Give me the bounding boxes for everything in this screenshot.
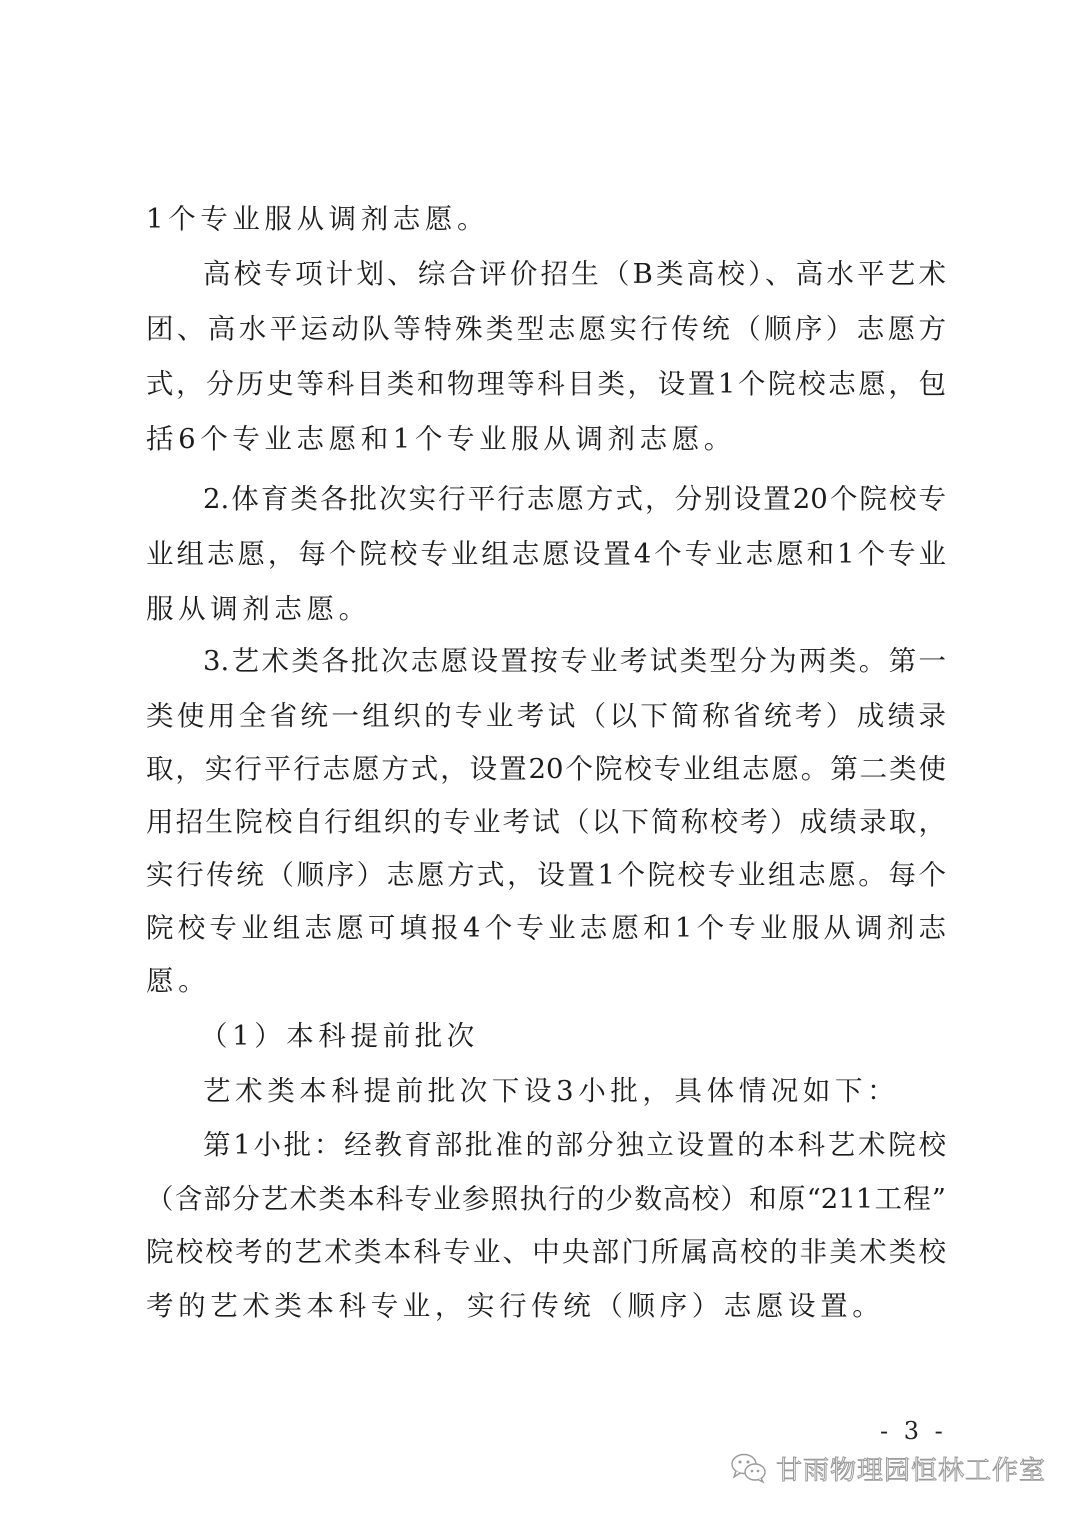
text-line: 类使用全省统一组织的专业考试（以下简称省统考）成绩录	[146, 696, 946, 736]
text-line: 取，实行平行志愿方式，设置20个院校专业组志愿。第二类使	[146, 749, 946, 789]
text-line: 式，分历史等科目类和物理等科目类，设置1个院校志愿，包	[146, 364, 946, 404]
document-page: 1个专业服从调剂志愿。 高校专项计划、综合评价招生（B类高校）、高水平艺术 团、…	[0, 0, 1080, 1527]
page-number: - 3 -	[880, 1416, 947, 1446]
text-line: 实行传统（顺序）志愿方式，设置1个院校专业组志愿。每个	[146, 855, 946, 895]
wechat-icon	[730, 1452, 768, 1484]
text-line: 3.艺术类各批次志愿设置按专业考试类型分为两类。第一	[203, 641, 946, 681]
text-line: 艺术类本科提前批次下设3小批，具体情况如下：	[203, 1071, 946, 1111]
text-line: 愿。	[146, 961, 946, 1001]
watermark-text: 甘雨物理园恒林工作室	[776, 1450, 1046, 1487]
text-line: 用招生院校自行组织的专业考试（以下简称校考）成绩录取，	[146, 802, 946, 842]
text-line: 括6个专业志愿和1个专业服从调剂志愿。	[146, 419, 946, 459]
text-line: 高校专项计划、综合评价招生（B类高校）、高水平艺术	[203, 254, 946, 294]
text-line: 2.体育类各批次实行平行志愿方式，分别设置20个院校专	[203, 479, 946, 519]
text-line: 服从调剂志愿。	[146, 589, 946, 629]
text-line: 团、高水平运动队等特殊类型志愿实行传统（顺序）志愿方	[146, 309, 946, 349]
section-heading: （1）本科提前批次	[200, 1016, 943, 1056]
text-line: 院校专业组志愿可填报4个专业志愿和1个专业服从调剂志	[146, 908, 946, 948]
text-line: （含部分艺术类本科专业参照执行的少数高校）和原“211工程”	[146, 1179, 946, 1219]
text-line: 考的艺术类本科专业，实行传统（顺序）志愿设置。	[146, 1286, 946, 1326]
text-line: 院校校考的艺术类本科专业、中央部门所属高校的非美术类校	[146, 1232, 946, 1272]
text-line: 业组志愿，每个院校专业组志愿设置4个专业志愿和1个专业	[146, 534, 946, 574]
watermark: 甘雨物理园恒林工作室	[730, 1448, 1046, 1488]
text-line: 第1小批：经教育部批准的部分独立设置的本科艺术院校	[203, 1125, 946, 1165]
text-line: 1个专业服从调剂志愿。	[146, 199, 946, 239]
